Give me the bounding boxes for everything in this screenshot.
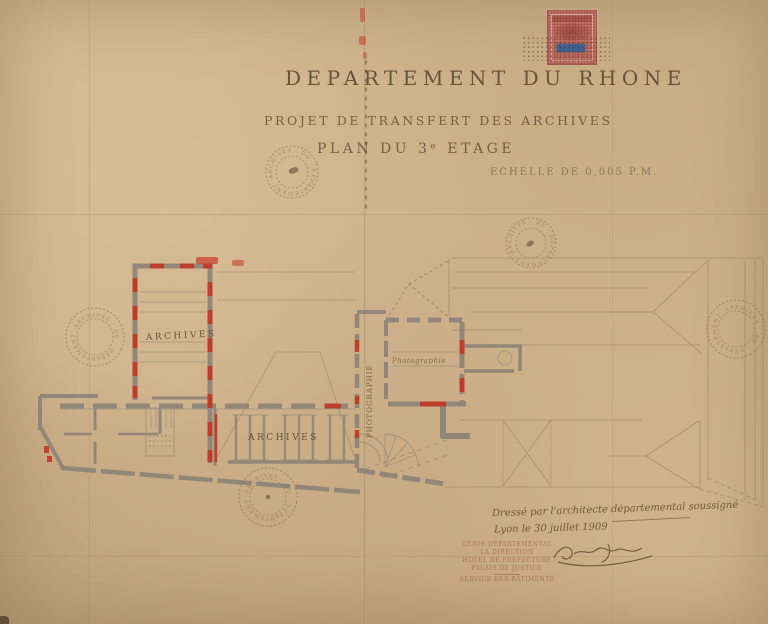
office-ink-stamp: GÉNIE DÉPARTEMENTAL LA DIRECTION HOTEL D…	[438, 541, 576, 584]
svg-text:ARCHIVES · DU · DÉPARTEMENT ·: ARCHIVES · DU · DÉPARTEMENT · DU · RHÔNE…	[703, 296, 768, 362]
svg-text:ARCHIVES · DU · DÉPARTEMENT ·: ARCHIVES · DU · DÉPARTEMENT · DU · RHÔNE…	[63, 305, 127, 369]
office-stamp-line: SERVICE DES BÂTIMENTS	[438, 576, 576, 584]
label-archives-lower: ARCHIVES	[247, 433, 319, 443]
label-archives-upper: ARCHIVES	[145, 329, 217, 343]
round-stamp-2: ARCHIVES · DU · DÉPARTEMENT · DU · RHÔNE…	[56, 298, 133, 375]
office-stamp-line: GÉNIE DÉPARTEMENTAL	[438, 541, 576, 549]
office-stamp-line: PALAIS DE JUSTICE	[438, 565, 576, 573]
masonry-walls	[40, 264, 522, 492]
round-stamp-3: ARCHIVES · DU · DÉPARTEMENT · DU · RHÔNE…	[497, 209, 565, 277]
drawing-sheet: DEPARTEMENT DU RHONE PROJET DE TRANSFERT…	[0, 0, 768, 624]
office-stamp-line: LA DIRECTION	[438, 549, 576, 557]
round-stamp-4: ARCHIVES · DU · DÉPARTEMENT · DU · RHÔNE…	[696, 289, 768, 368]
room-labels: ARCHIVES ARCHIVES PHOTOGRAPHIE Photograp…	[145, 329, 446, 443]
office-stamp-rule	[494, 574, 520, 575]
floor-plan-drawing: ARCHIVES ARCHIVES PHOTOGRAPHIE Photograp…	[0, 0, 768, 624]
gable-dashed-lines	[386, 260, 452, 320]
label-photographie-room: Photographie	[391, 357, 446, 365]
round-stamp-1: ARCHIVES · DU · DÉPARTEMENT · DU · RHÔNE…	[259, 139, 325, 205]
office-stamp-line: HOTEL DE PRÉFECTURE	[438, 557, 576, 565]
label-photographie-vertical: PHOTOGRAPHIE	[366, 364, 374, 438]
round-stamp-5: ARCHIVES · DU · DÉPARTEMENT · DU · RHÔNE…	[234, 463, 301, 530]
